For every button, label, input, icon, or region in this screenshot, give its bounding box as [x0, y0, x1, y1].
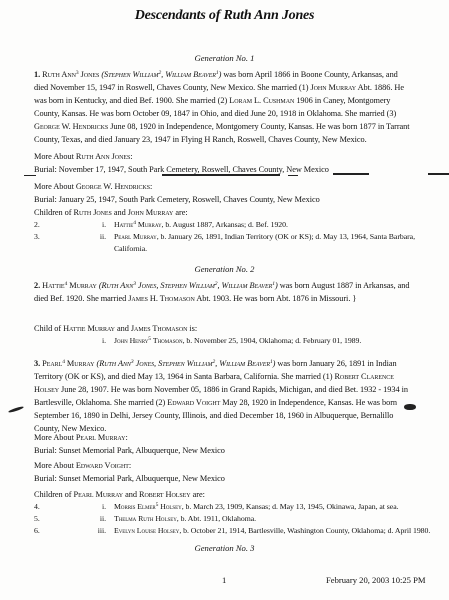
children-list-pearl-murray: Children of Pearl Murray and Robert Hols…: [34, 488, 412, 537]
children-heading: Child of Hattie Murray and James Thomaso…: [34, 322, 412, 335]
person-name: Pearl4 Murray: [42, 359, 94, 368]
scan-mark: [333, 173, 369, 175]
spouse-name: James H. Thomason: [128, 294, 195, 303]
ancestry-line: (Ruth Ann3 Jones, Stephen William2, Will…: [96, 359, 275, 368]
entry-number: 1.: [34, 70, 40, 79]
more-about-heading: More About Pearl Murray:: [34, 431, 412, 444]
more-about-heading: More About Edward Voight:: [34, 459, 412, 472]
person-entry-pearl-murray: 3. Pearl4 Murray (Ruth Ann3 Jones, Steph…: [34, 357, 412, 435]
more-about-edward-voight: More About Edward Voight: Burial: Sunset…: [34, 459, 412, 485]
more-about-heading: More About Ruth Ann Jones:: [34, 150, 412, 163]
scan-smudge: [404, 404, 416, 410]
scan-smudge: [8, 406, 24, 414]
children-heading: Children of Ruth Jones and John Murray a…: [34, 206, 412, 219]
children-heading: Children of Pearl Murray and Robert Hols…: [34, 488, 412, 501]
entry-text: Abt. 1903. He was born Abt. 1876 in Miss…: [195, 294, 351, 303]
entry-number: 2.: [34, 281, 40, 290]
spouse-name: Loram L. Cushman: [229, 96, 294, 105]
spouse-name: Edward Voight: [167, 398, 220, 407]
more-about-george-hendricks: More About George W. Hendricks: Burial: …: [34, 180, 412, 206]
scan-mark: [24, 175, 36, 176]
child-row: 6. iii. Evelyn Louise Holsey, b. October…: [34, 525, 412, 537]
generation-heading-2: Generation No. 2: [0, 264, 449, 274]
children-list-ruth-jones: Children of Ruth Jones and John Murray a…: [34, 206, 412, 255]
child-list-hattie-murray: Child of Hattie Murray and James Thomaso…: [34, 322, 412, 347]
scan-mark: [162, 174, 280, 176]
person-name: Hattie4 Murray: [42, 281, 97, 290]
generation-heading-1: Generation No. 1: [0, 53, 449, 63]
document-title: Descendants of Ruth Ann Jones: [0, 8, 449, 24]
entry-number: 3.: [34, 359, 40, 368]
person-entry-hattie-murray: 2. Hattie4 Murray (Ruth Ann3 Jones, Step…: [34, 279, 412, 305]
burial-info: Burial: January 25, 1947, South Park Cem…: [34, 193, 412, 206]
child-row: 2. i. Hattie4 Murray, b. August 1887, Ar…: [34, 219, 412, 231]
ancestry-line: (Stephen William2, William Beaver1): [101, 70, 221, 79]
more-about-heading: More About George W. Hendricks:: [34, 180, 412, 193]
spouse-name: John Murray: [310, 83, 356, 92]
child-row: 5. ii. Thelma Ruth Holsey, b. Abt. 1911,…: [34, 513, 412, 525]
person-entry-ruth-ann-jones: 1. Ruth Ann3 Jones (Stephen William2, Wi…: [34, 68, 412, 146]
spouse-name: George W. Hendricks: [34, 122, 108, 131]
burial-info: Burial: Sunset Memorial Park, Albuquerqu…: [34, 472, 412, 485]
more-about-pearl-murray: More About Pearl Murray: Burial: Sunset …: [34, 431, 412, 457]
person-name: Ruth Ann3 Jones: [42, 70, 99, 79]
child-row: 3. ii. Pearl Murray, b. January 26, 1891…: [34, 231, 412, 255]
scan-mark: [428, 173, 449, 175]
generation-heading-3: Generation No. 3: [0, 543, 449, 553]
ancestry-line: (Ruth Ann3 Jones, Stephen William2, Will…: [99, 281, 278, 290]
scan-mark: [288, 175, 298, 176]
page-number: 1: [222, 575, 226, 585]
footer-date: February 20, 2003 10:25 PM: [326, 575, 426, 585]
child-row: i. John Henry5 Thomason, b. November 25,…: [34, 335, 412, 347]
burial-info: Burial: Sunset Memorial Park, Albuquerqu…: [34, 444, 412, 457]
document-page: Descendants of Ruth Ann Jones Generation…: [0, 0, 449, 600]
child-row: 4. i. Morris Elmer5 Holsey, b. March 23,…: [34, 501, 412, 513]
